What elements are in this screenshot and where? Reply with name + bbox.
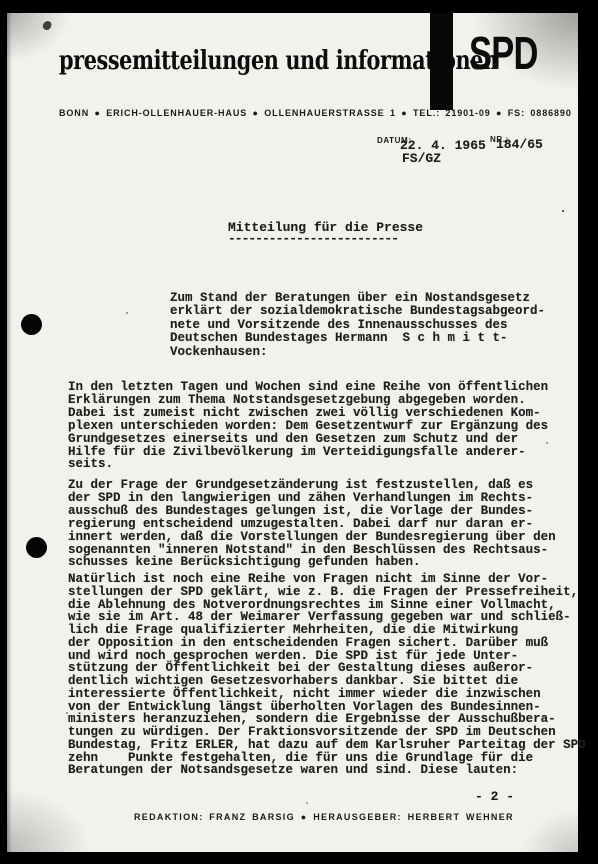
logo-divider-bar bbox=[430, 13, 453, 110]
paragraph-2: Zu der Frage der Grundgesetzänderung ist… bbox=[68, 479, 556, 569]
address-line: BONN ● ERICH-OLLENHAUER-HAUS ● OLLENHAUE… bbox=[59, 108, 572, 118]
pen-mark bbox=[42, 20, 53, 31]
nr-value: 184/65 bbox=[496, 138, 543, 151]
imprint-line: REDAKTION: FRANZ BARSIG ● HERAUSGEBER: H… bbox=[134, 812, 514, 822]
paragraph-1: In den letzten Tagen und Wochen sind ein… bbox=[68, 381, 548, 471]
title-block: Mitteilung für die Presse --------------… bbox=[228, 221, 423, 245]
intro-paragraph: Zum Stand der Beratungen über ein Nostan… bbox=[170, 292, 545, 359]
page-number: - 2 - bbox=[475, 790, 514, 803]
spd-logo: SPD bbox=[469, 26, 538, 80]
punch-hole-top bbox=[21, 314, 42, 335]
title-underline: ------------------------- bbox=[228, 232, 423, 245]
punch-hole-bottom bbox=[26, 537, 47, 558]
ref-code: FS/GZ bbox=[402, 152, 441, 165]
paragraph-3: Natürlich ist noch eine Reihe von Fragen… bbox=[68, 573, 586, 777]
paper: pressemitteilungen und informationen SPD… bbox=[7, 13, 578, 852]
scanned-page: pressemitteilungen und informationen SPD… bbox=[0, 0, 598, 864]
